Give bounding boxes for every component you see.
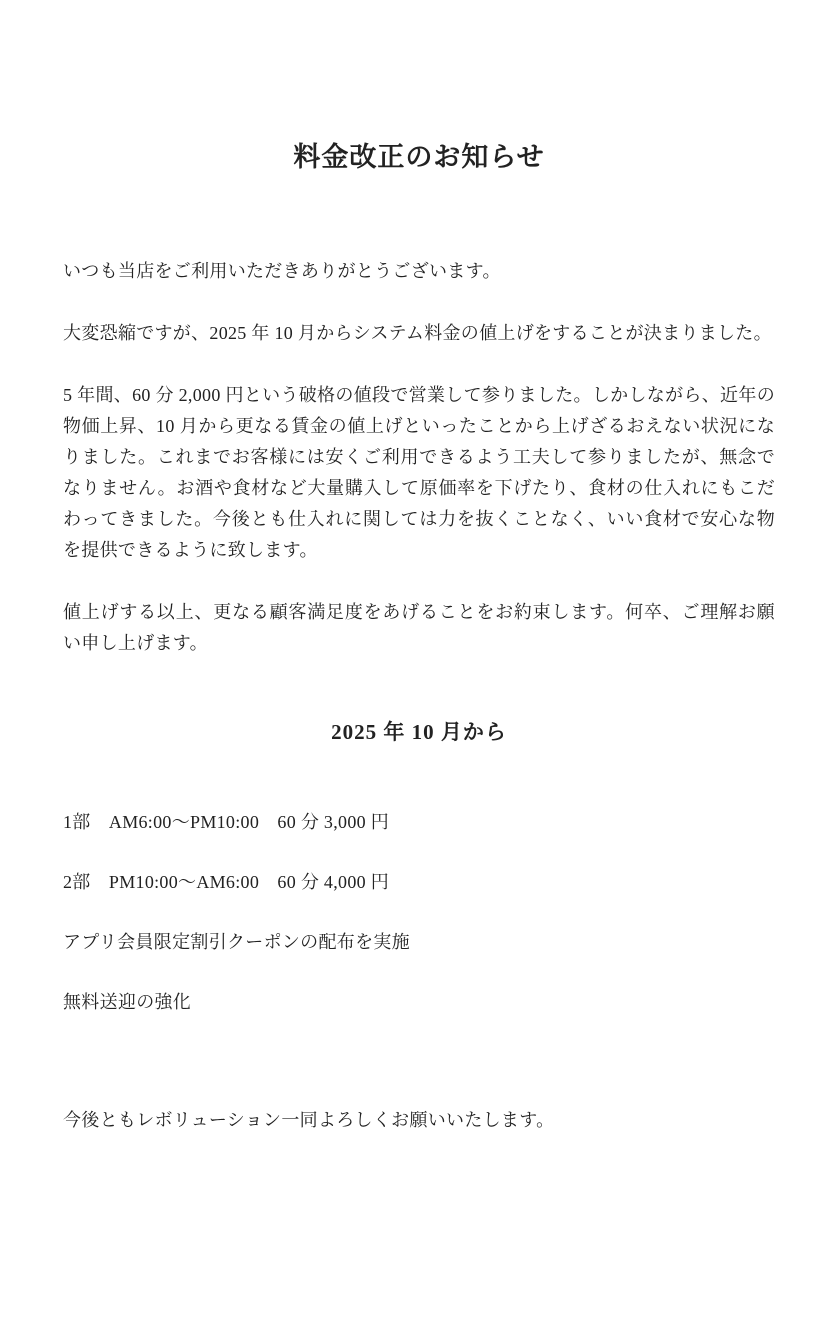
announcement-paragraph: 大変恐縮ですが、2025 年 10 月からシステム料金の値上げをすることが決まり… [63, 318, 775, 349]
price-row-part2: 2部 PM10:00～AM6:00 60 分 4,000 円 [63, 867, 775, 898]
effective-date-heading: 2025 年 10 月から [63, 715, 775, 749]
notice-document: 料金改正のお知らせ いつも当店をご利用いただきありがとうございます。 大変恐縮で… [0, 0, 840, 1343]
coupon-note: アプリ会員限定割引クーポンの配布を実施 [63, 927, 775, 958]
shuttle-note: 無料送迎の強化 [63, 987, 775, 1018]
closing-paragraph: 今後ともレボリューション一同よろしくお願いいたします。 [63, 1105, 775, 1136]
background-explanation-paragraph: 5 年間、60 分 2,000 円という破格の値段で営業して参りました。しかしな… [63, 380, 775, 566]
greeting-paragraph: いつも当店をご利用いただきありがとうございます。 [63, 256, 775, 287]
page-title: 料金改正のお知らせ [63, 140, 775, 174]
price-row-part1: 1部 AM6:00～PM10:00 60 分 3,000 円 [63, 807, 775, 838]
promise-paragraph: 値上げする以上、更なる顧客満足度をあげることをお約束します。何卒、ご理解お願い申… [63, 597, 775, 659]
